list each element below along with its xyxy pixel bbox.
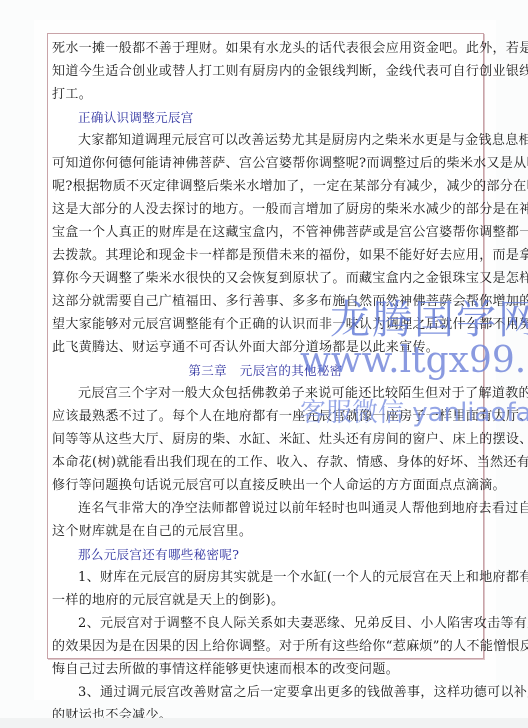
text-line: 大家都知道调理元辰宫可以改善运势尤其是厨房内之柴米水更是与金钱息息相关。但是 — [52, 129, 479, 152]
text-line: 此飞黄腾达、财运亨通不可否认外面大部分道场都是以此来宣传。 — [52, 336, 479, 359]
text-line: 这部分就需要自己广植福田、多行善事、多多布施自然而然神佛菩萨会帮你增加的。所以希 — [52, 290, 479, 313]
text-line: 悔自己过去所做的事情这样能够更快速而根本的改变问题。 — [52, 658, 479, 681]
chapter-heading: 第三章 元辰宫的其他秘密 — [52, 359, 479, 382]
text-line: 元辰宫三个字对一般大众包括佛教弟子来说可能还比较陌生但对于了解道教的师兄来说 — [52, 382, 479, 405]
text-line: 这是大部分的人没去探讨的地方。一般而言增加了厨房的柴米水减少的部分是在神桌下的藏 — [52, 198, 479, 221]
text-line: 的效果因为是在因果的因上给你调整。对于所有这些给你“惹麻烦”的人不能憎恨反而要忏 — [52, 635, 479, 658]
text-line: 打工。 — [52, 83, 479, 106]
section-heading: 那么元辰宫还有哪些秘密呢? — [52, 543, 479, 566]
text-line: 应该最熟悉不过了。每个人在地府都有一座元辰宫就像一座房子一样里面有大厅、厨房、房 — [52, 405, 479, 428]
text-line: 知道今生适合创业或替人打工则有厨房内的金银线判断，金线代表可自行创业银线代表替人 — [52, 60, 479, 83]
text-line: 一样的地府的元辰宫就是天上的倒影)。 — [52, 589, 479, 612]
text-line: 这个财库就是在自己的元辰宫里。 — [52, 520, 479, 543]
text-line: 可知道你何德何能请神佛菩萨、宫公宫婆帮你调整呢?而调整过后的柴米水又是从哪里来的 — [52, 152, 479, 175]
text-line: 去拨款。其理论和现金卡一样都是预借未来的福份，如果不能好好去应用，而是拿去败家就 — [52, 244, 479, 267]
list-item: 1、财库在元辰宫的厨房其实就是一个水缸(一个人的元辰宫在天上和地府都有的是一模 — [52, 566, 479, 589]
section-heading: 正确认识调整元辰宫 — [52, 106, 479, 129]
list-item: 2、元辰宫对于调整不良人际关系如夫妻恶缘、兄弟反目、小人陷害攻击等有立竿见影 — [52, 612, 479, 635]
text-line: 算你今天调整了柴米水很快的又会恢复到原状了。而藏宝盒内之金银珠宝又是怎样的增加呢… — [52, 267, 479, 290]
text-line: 连名气非常大的净空法师都曾说过以前年轻时也叫通灵人帮他到地府去看过自己的财库 — [52, 497, 479, 520]
text-line: 修行等问题换句话说元辰宫可以直接反映出一个人命运的方方面面点点滴滴。 — [52, 474, 479, 497]
text-line: 望大家能够对元辰宫调整能有个正确的认识而非一味认为调理之后就什么都不用努力了，从 — [52, 313, 479, 336]
text-line: 呢?根据物质不灭定律调整后柴米水增加了，一定在某部分有减少，减少的部分在哪里呢? — [52, 175, 479, 198]
bottom-bar — [0, 718, 528, 728]
text-line: 死水一摊一般都不善于理财。如果有水龙头的话代表很会应用资金吧。此外，若是当事人想 — [52, 37, 479, 60]
list-item: 3、通过调元辰宫改善财富之后一定要拿出更多的钱做善事，这样功德可以补财库未来 — [52, 681, 479, 704]
text-line: 间等等从这些大厅、厨房的柴、水缸、米缸、灶头还有房间的窗户、床上的摆设、院子里的 — [52, 428, 479, 451]
document-frame: 死水一摊一般都不善于理财。如果有水龙头的话代表很会应用资金吧。此外，若是当事人想… — [47, 33, 484, 659]
text-line: 宝盒一个人真正的财库是在这藏宝盒内，不管神佛菩萨或是宫公宫婆帮你调整都一样从这里 — [52, 221, 479, 244]
text-line: 本命花(树)就能看出我们现在的工作、收入、存款、情感、身体的好坏、当然还有是否是… — [52, 451, 479, 474]
